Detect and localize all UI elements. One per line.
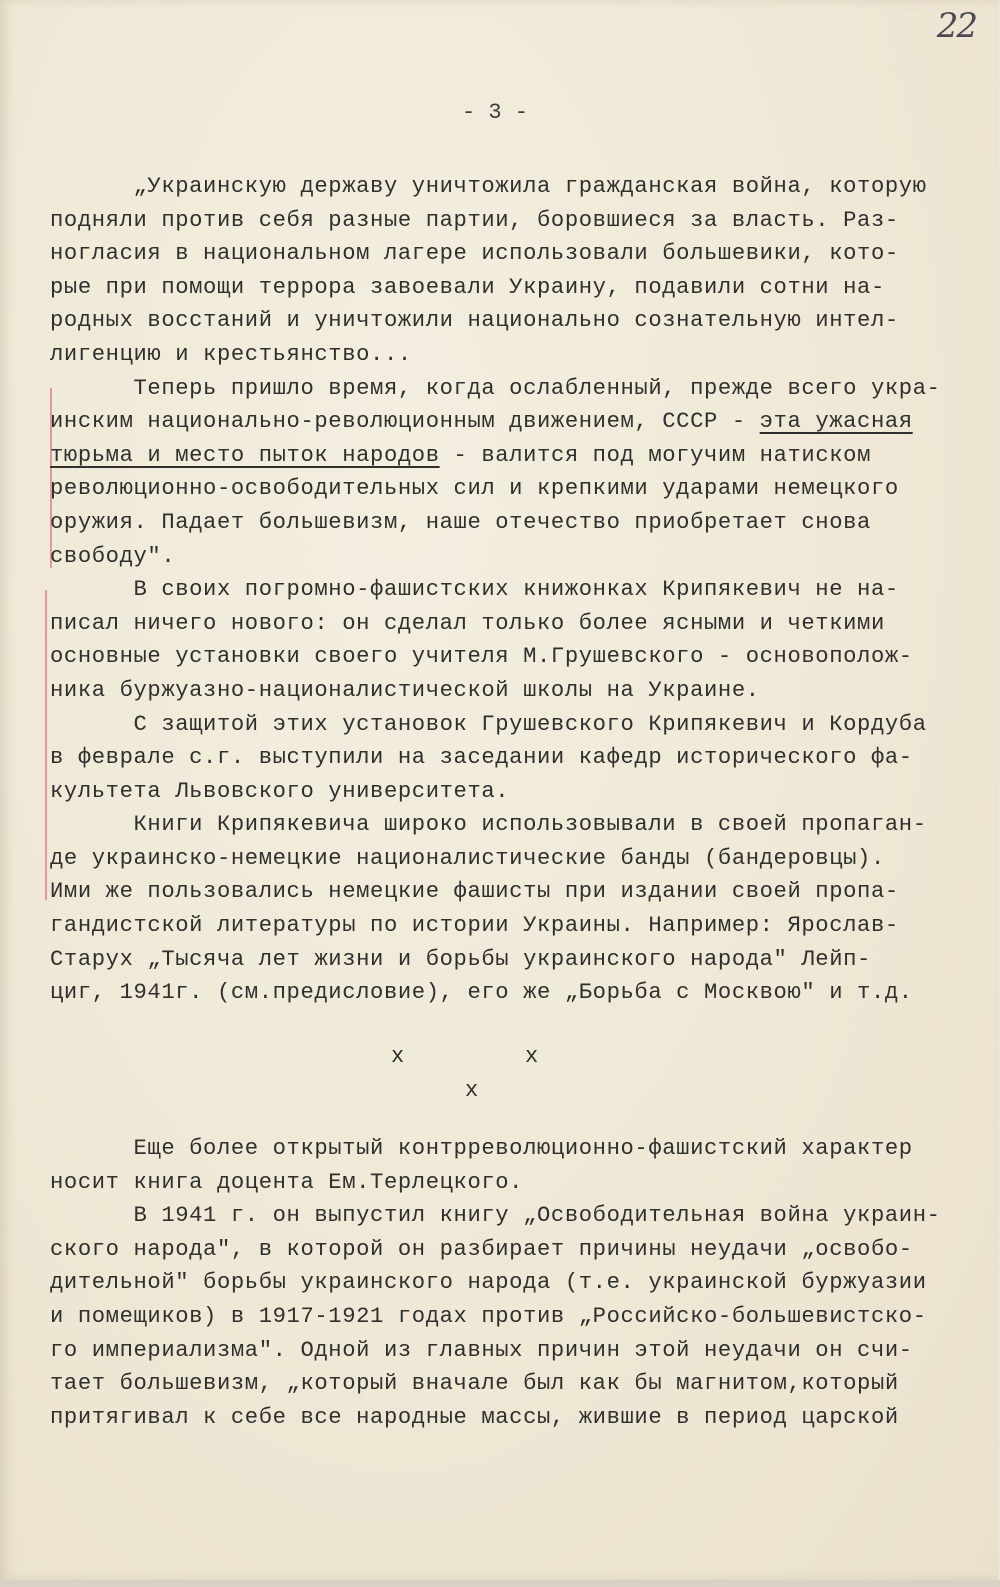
text-line: Еще более открытый контрреволюционно-фаш… bbox=[50, 1132, 985, 1166]
text-line: инским национально-революционным движени… bbox=[50, 405, 985, 439]
line-text: В своих погромно-фашистских книжонках Кр… bbox=[50, 577, 899, 602]
text-line: ногласия в национальном лагере использов… bbox=[50, 237, 985, 271]
text-line: Книги Крипякевича широко использовывали … bbox=[50, 808, 985, 842]
line-text: притягивал к себе все народные массы, жи… bbox=[50, 1405, 899, 1430]
line-text: В 1941 г. он выпустил книгу „Освободител… bbox=[50, 1203, 941, 1228]
page-number: - 3 - bbox=[0, 100, 1000, 125]
text-line: Теперь пришло время, когда ослабленный, … bbox=[50, 372, 985, 406]
text-line: В своих погромно-фашистских книжонках Кр… bbox=[50, 573, 985, 607]
line-text: С защитой этих установок Грушевского Кри… bbox=[50, 712, 927, 737]
separator-mark: x bbox=[525, 1044, 538, 1069]
line-text: ногласия в национальном лагере использов… bbox=[50, 241, 899, 266]
line-text: Старух „Тысяча лет жизни и борьбы украин… bbox=[50, 947, 871, 972]
text-line: гандистской литературы по истории Украин… bbox=[50, 909, 985, 943]
line-text: дительной" борьбы украинского народа (т.… bbox=[50, 1270, 927, 1295]
line-text: лигенцию и крестьянство... bbox=[50, 342, 412, 367]
line-text: культета Львовского университета. bbox=[50, 779, 509, 804]
line-text: ского народа", в которой он разбирает пр… bbox=[50, 1237, 913, 1262]
line-text: писал ничего нового: он сделал только бо… bbox=[50, 611, 885, 636]
text-line: родных восстаний и уничтожили национальн… bbox=[50, 304, 985, 338]
separator-mark: x bbox=[465, 1078, 478, 1103]
margin-mark-2 bbox=[45, 590, 47, 900]
line-text: Книги Крипякевича широко использовывали … bbox=[50, 812, 927, 837]
text-line: го империализма". Одной из главных причи… bbox=[50, 1334, 985, 1368]
text-line: революционно-освободительных сил и крепк… bbox=[50, 472, 985, 506]
text-line: Ими же пользовались немецкие фашисты при… bbox=[50, 875, 985, 909]
line-text: циг, 1941г. (см.предисловие), его же „Бо… bbox=[50, 980, 913, 1005]
text-line: циг, 1941г. (см.предисловие), его же „Бо… bbox=[50, 976, 985, 1010]
text-line: культета Львовского университета. bbox=[50, 775, 985, 809]
line-text: - валится под могучим натиском bbox=[440, 443, 871, 468]
line-text: и помещиков) в 1917-1921 годах против „Р… bbox=[50, 1304, 927, 1329]
text-line: притягивал к себе все народные массы, жи… bbox=[50, 1401, 985, 1435]
line-text: носит книга доцента Ем.Терлецкого. bbox=[50, 1170, 523, 1195]
text-line: Старух „Тысяча лет жизни и борьбы украин… bbox=[50, 943, 985, 977]
body-text-block-2: Еще более открытый контрреволюционно-фаш… bbox=[50, 1132, 985, 1434]
text-line: ника буржуазно-националистической школы … bbox=[50, 674, 985, 708]
line-text: оружия. Падает большевизм, наше отечеств… bbox=[50, 510, 871, 535]
text-line: писал ничего нового: он сделал только бо… bbox=[50, 607, 985, 641]
text-line: „Украинскую державу уничтожила гражданск… bbox=[50, 170, 985, 204]
text-line: де украинско-немецкие националистические… bbox=[50, 842, 985, 876]
text-line: дительной" борьбы украинского народа (т.… bbox=[50, 1266, 985, 1300]
text-line: подняли против себя разные партии, боров… bbox=[50, 204, 985, 238]
line-text: Теперь пришло время, когда ослабленный, … bbox=[50, 376, 941, 401]
text-line: свободу". bbox=[50, 540, 985, 574]
underlined-text: эта ужасная bbox=[760, 409, 913, 434]
text-line: рые при помощи террора завоевали Украину… bbox=[50, 271, 985, 305]
text-line: В 1941 г. он выпустил книгу „Освободител… bbox=[50, 1199, 985, 1233]
line-text: тает большевизм, „который вначале был ка… bbox=[50, 1371, 899, 1396]
line-text: революционно-освободительных сил и крепк… bbox=[50, 476, 899, 501]
text-line: основные установки своего учителя М.Груш… bbox=[50, 640, 985, 674]
line-text: ника буржуазно-националистической школы … bbox=[50, 678, 760, 703]
line-text: го империализма". Одной из главных причи… bbox=[50, 1338, 913, 1363]
text-line: лигенцию и крестьянство... bbox=[50, 338, 985, 372]
line-text: в феврале с.г. выступили на заседании ка… bbox=[50, 745, 913, 770]
line-text: де украинско-немецкие националистические… bbox=[50, 846, 885, 871]
text-line: С защитой этих установок Грушевского Кри… bbox=[50, 708, 985, 742]
text-line: тает большевизм, „который вначале был ка… bbox=[50, 1367, 985, 1401]
line-text: рые при помощи террора завоевали Украину… bbox=[50, 275, 885, 300]
line-text: основные установки своего учителя М.Груш… bbox=[50, 644, 913, 669]
folio-number: 22 bbox=[937, 6, 976, 46]
line-text: Ими же пользовались немецкие фашисты при… bbox=[50, 879, 899, 904]
text-line: оружия. Падает большевизм, наше отечеств… bbox=[50, 506, 985, 540]
separator-mark: x bbox=[391, 1044, 404, 1069]
line-text: свободу". bbox=[50, 544, 175, 569]
line-text: „Украинскую державу уничтожила гражданск… bbox=[50, 174, 927, 199]
body-text-block-1: „Украинскую державу уничтожила гражданск… bbox=[50, 170, 985, 1010]
text-line: ского народа", в которой он разбирает пр… bbox=[50, 1233, 985, 1267]
text-line: в феврале с.г. выступили на заседании ка… bbox=[50, 741, 985, 775]
text-line: носит книга доцента Ем.Терлецкого. bbox=[50, 1166, 985, 1200]
document-page: 22 - 3 - „Украинскую державу уничтожила … bbox=[0, 0, 998, 1580]
page-edge bbox=[0, 1580, 1000, 1587]
line-text: гандистской литературы по истории Украин… bbox=[50, 913, 899, 938]
line-text: Еще более открытый контрреволюционно-фаш… bbox=[50, 1136, 913, 1161]
line-text: родных восстаний и уничтожили национальн… bbox=[50, 308, 899, 333]
underlined-text: тюрьма и место пыток народов bbox=[50, 443, 440, 468]
line-text: инским национально-революционным движени… bbox=[50, 409, 760, 434]
line-text: подняли против себя разные партии, боров… bbox=[50, 208, 899, 233]
text-line: и помещиков) в 1917-1921 годах против „Р… bbox=[50, 1300, 985, 1334]
text-line: тюрьма и место пыток народов - валится п… bbox=[50, 439, 985, 473]
